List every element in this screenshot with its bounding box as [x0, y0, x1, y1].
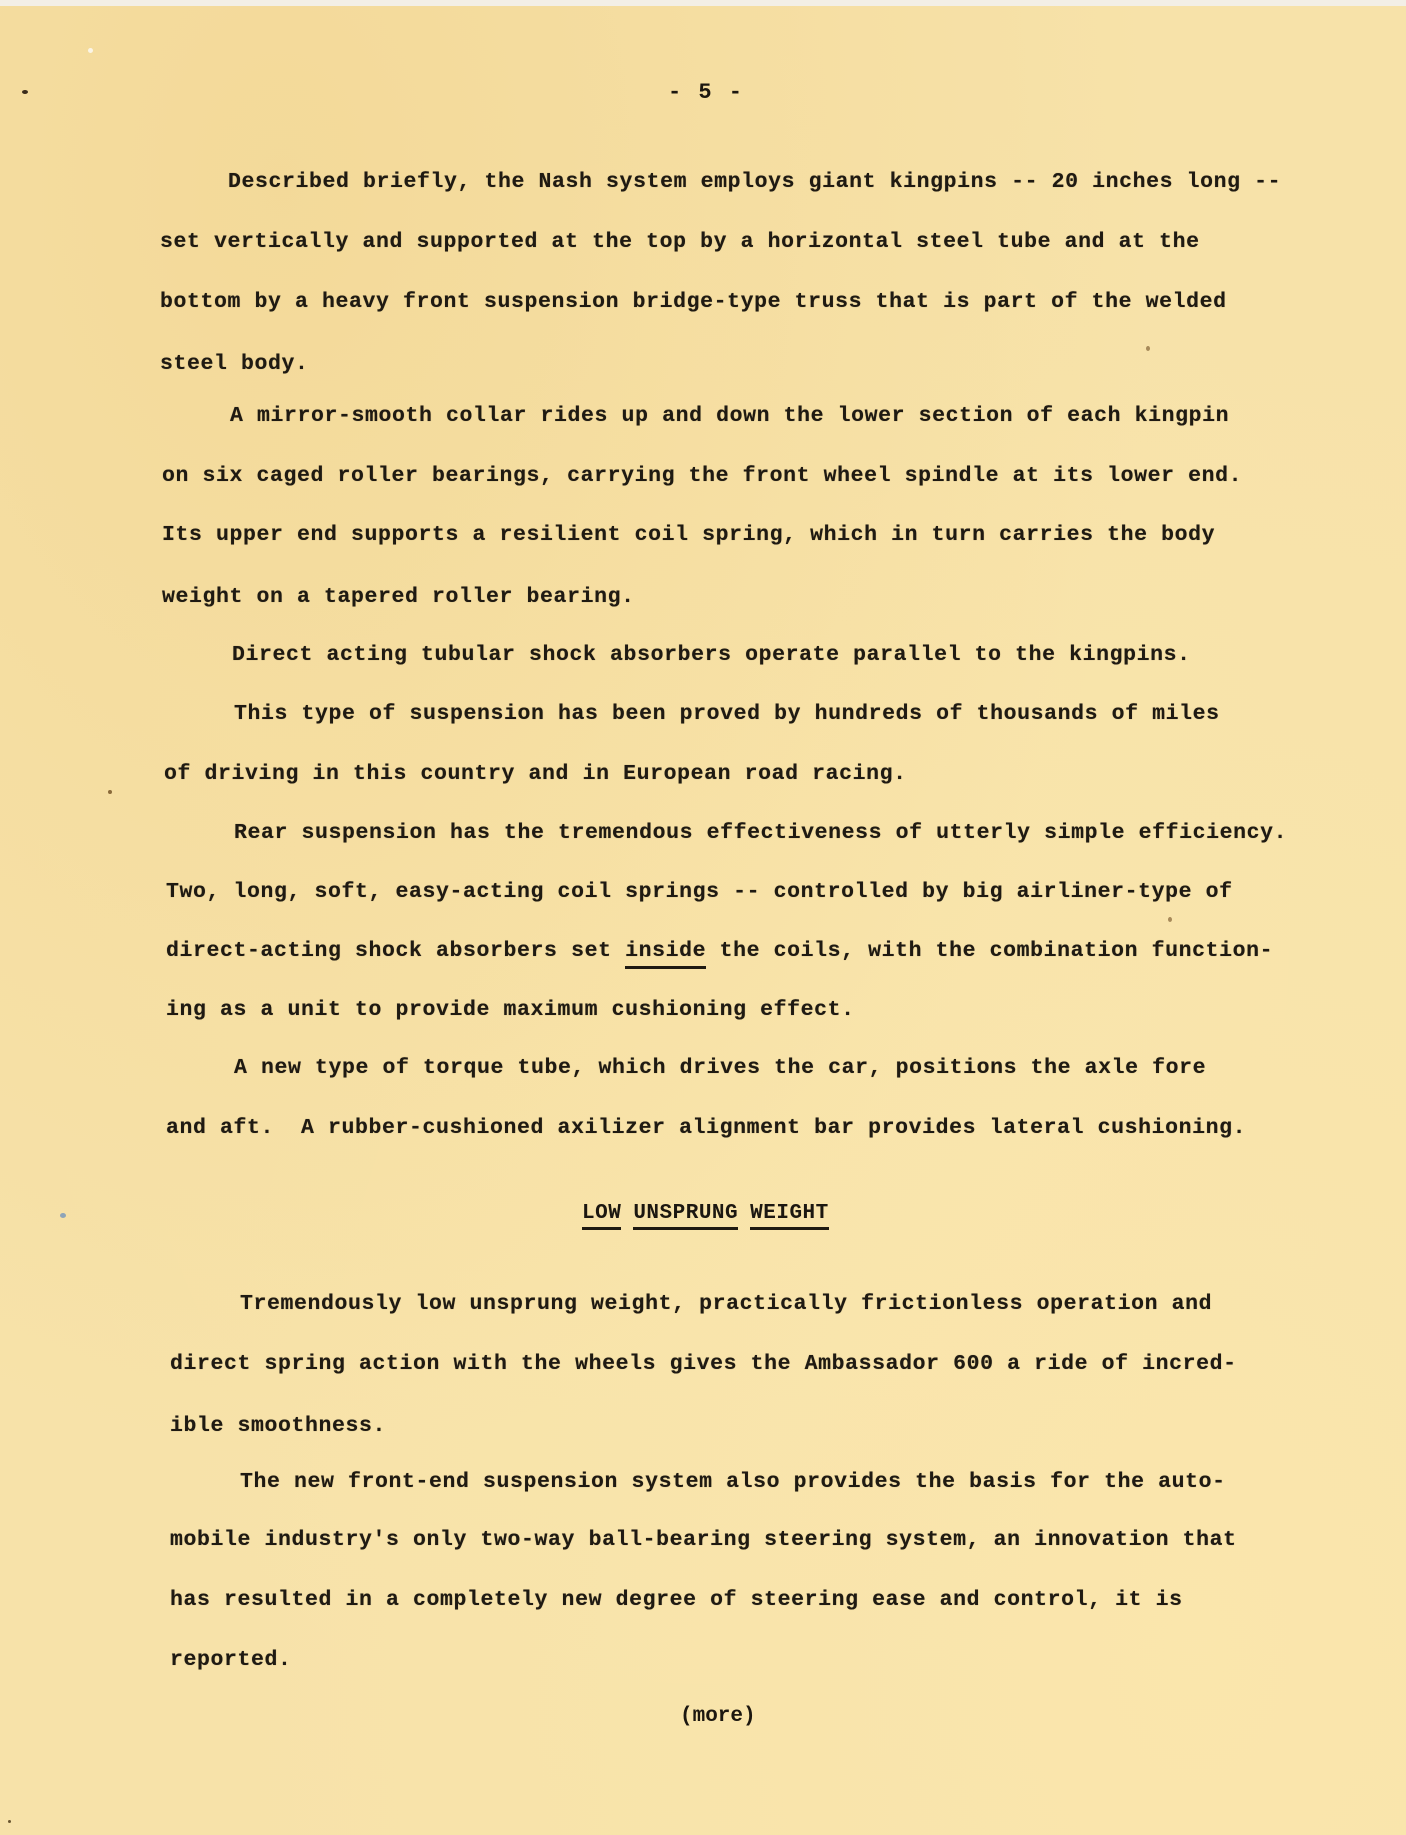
section-heading: LOWUNSPRUNGWEIGHT: [582, 1202, 829, 1230]
page-number: - 5 -: [668, 80, 744, 105]
paragraph-6-line-1: A new type of torque tube, which drives …: [234, 1056, 1206, 1080]
heading-word-2: UNSPRUNG: [633, 1202, 738, 1230]
paragraph-4-line-1: This type of suspension has been proved …: [234, 702, 1220, 726]
paragraph-1-line-4: steel body.: [160, 352, 309, 376]
section-paragraph-1-line-1: Tremendously low unsprung weight, practi…: [240, 1292, 1212, 1316]
typewritten-page: - 5 - Described briefly, the Nash system…: [0, 0, 1406, 1835]
paragraph-2-line-3: Its upper end supports a resilient coil …: [162, 523, 1215, 547]
continuation-marker: (more): [680, 1705, 756, 1728]
line-text-before: direct-acting shock absorbers set: [166, 939, 625, 963]
paper-speck: [108, 790, 112, 794]
line-text-after: the coils, with the combination function…: [706, 939, 1273, 963]
paper-speck: [1168, 917, 1172, 922]
section-paragraph-2-line-4: reported.: [170, 1648, 292, 1672]
paper-speck: [60, 1213, 66, 1218]
paragraph-5-line-1: Rear suspension has the tremendous effec…: [234, 821, 1287, 845]
paragraph-1-line-2: set vertically and supported at the top …: [160, 230, 1200, 254]
section-paragraph-1-line-2: direct spring action with the wheels giv…: [170, 1352, 1237, 1376]
paragraph-5-line-3: direct-acting shock absorbers set inside…: [166, 939, 1273, 963]
paragraph-1-line-1: Described briefly, the Nash system emplo…: [228, 170, 1281, 194]
paragraph-2-line-2: on six caged roller bearings, carrying t…: [162, 464, 1242, 488]
section-paragraph-2-line-3: has resulted in a completely new degree …: [170, 1588, 1183, 1612]
paragraph-3-line-1: Direct acting tubular shock absorbers op…: [232, 643, 1191, 667]
paragraph-6-line-2: and aft. A rubber-cushioned axilizer ali…: [166, 1116, 1246, 1140]
paper-speck: [88, 48, 93, 53]
paper-speck: [22, 90, 28, 94]
section-paragraph-2-line-2: mobile industry's only two-way ball-bear…: [170, 1528, 1237, 1552]
paper-speck: [8, 1820, 11, 1823]
paragraph-5-line-4: ing as a unit to provide maximum cushion…: [166, 998, 855, 1022]
underlined-word: inside: [625, 939, 706, 969]
paragraph-1-line-3: bottom by a heavy front suspension bridg…: [160, 290, 1227, 314]
paragraph-5-line-2: Two, long, soft, easy-acting coil spring…: [166, 880, 1233, 904]
section-paragraph-1-line-3: ible smoothness.: [170, 1414, 386, 1438]
section-paragraph-2-line-1: The new front-end suspension system also…: [240, 1470, 1226, 1494]
paragraph-4-line-2: of driving in this country and in Europe…: [164, 762, 907, 786]
paper-speck: [1146, 346, 1150, 351]
heading-word-1: LOW: [582, 1202, 621, 1230]
paragraph-2-line-4: weight on a tapered roller bearing.: [162, 585, 635, 609]
heading-word-3: WEIGHT: [750, 1202, 829, 1230]
paragraph-2-line-1: A mirror-smooth collar rides up and down…: [230, 404, 1229, 428]
